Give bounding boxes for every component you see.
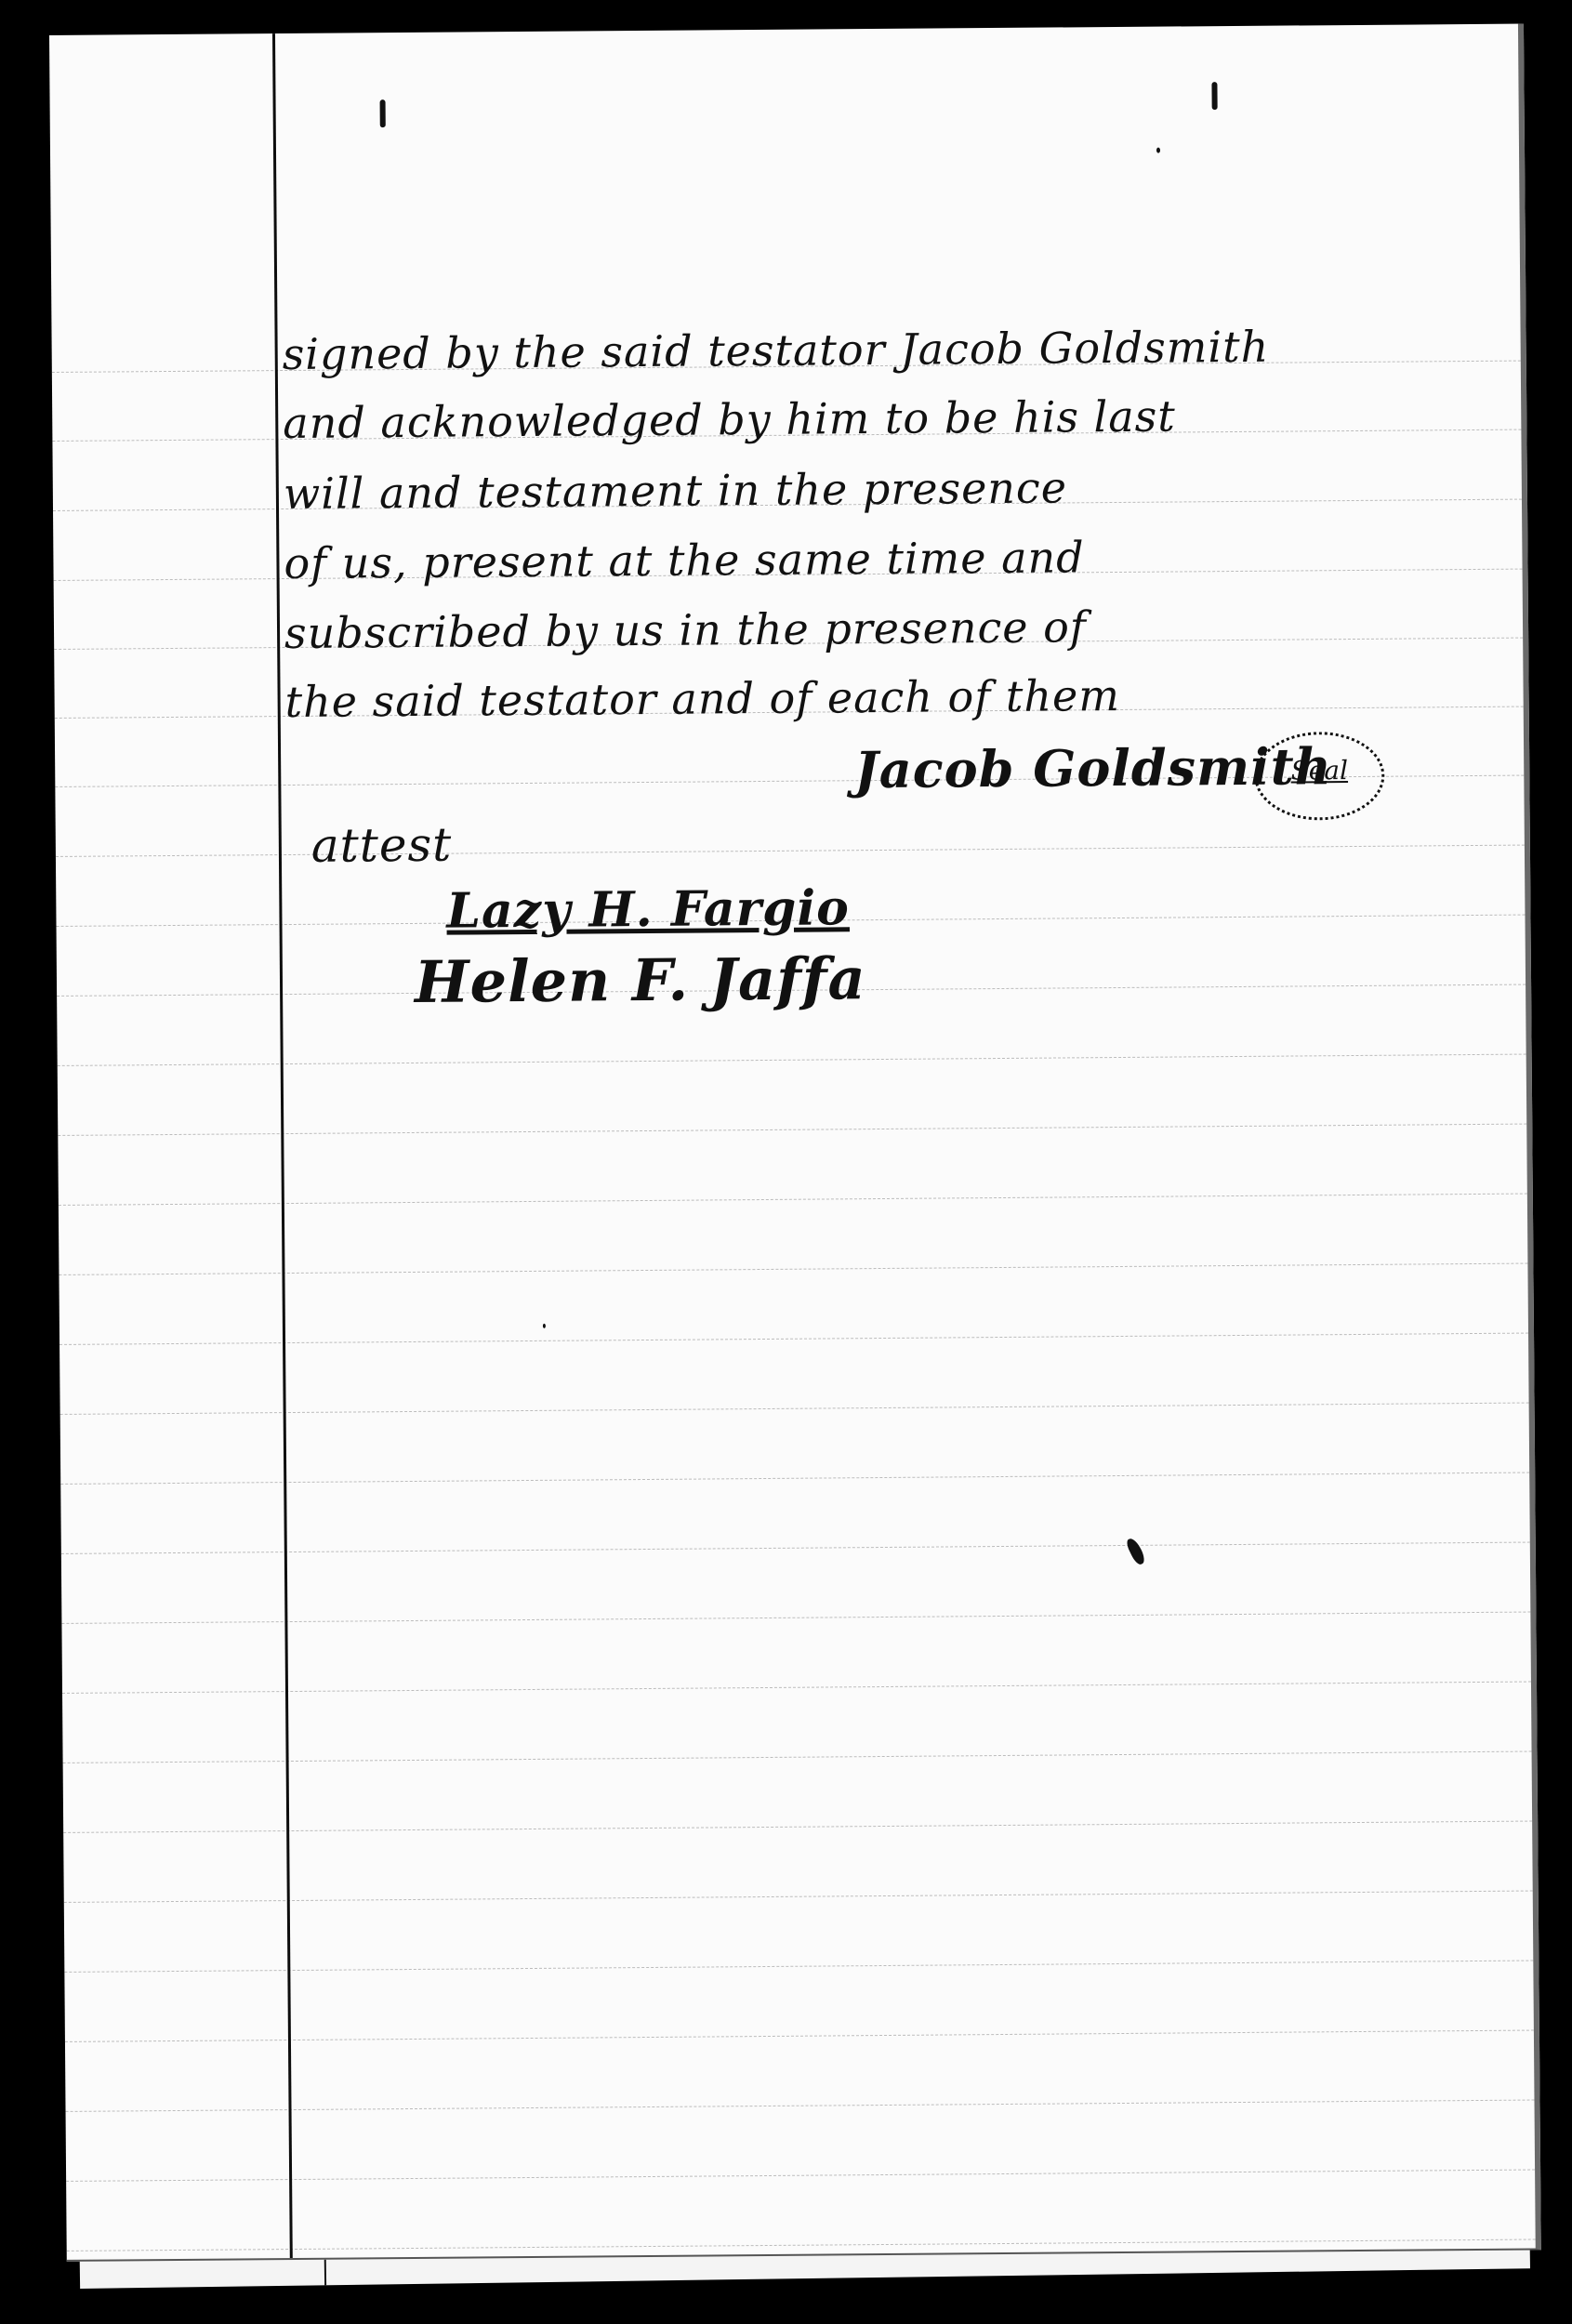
ruled-line xyxy=(59,1263,1527,1276)
ruled-line xyxy=(58,1124,1526,1137)
body-line-2: and acknowledged by him to be his last xyxy=(283,390,1176,448)
ruled-line xyxy=(61,1542,1530,1555)
ruled-line xyxy=(61,1612,1530,1625)
body-line-5: subscribed by us in the presence of xyxy=(284,601,1087,658)
body-line-6: the said testator and of each of them xyxy=(284,670,1120,727)
body-line-3: will and testament in the presence xyxy=(284,462,1067,519)
ruled-line xyxy=(62,1682,1531,1695)
body-line-1: signed by the said testator Jacob Goldsm… xyxy=(282,322,1269,379)
seal-label: Seal xyxy=(1290,755,1348,786)
ruled-line xyxy=(66,2100,1535,2113)
seal-stamp: Seal xyxy=(1254,732,1385,821)
document-page: signed by the said testator Jacob Goldsm… xyxy=(49,24,1541,2262)
ruled-line xyxy=(66,2170,1535,2183)
ruled-line xyxy=(56,845,1525,858)
ruled-line xyxy=(67,2239,1536,2252)
ruled-line xyxy=(64,1891,1533,1904)
body-line-4: of us, present at the same time and xyxy=(284,532,1085,588)
attest-label: attest xyxy=(311,818,453,873)
ink-speck xyxy=(543,1324,546,1328)
ruled-line xyxy=(59,1194,1527,1207)
witness-signature-1: Lazy H. Fargio xyxy=(446,879,850,939)
punch-mark-left xyxy=(380,99,386,127)
ink-speck xyxy=(1156,148,1160,153)
ruled-line xyxy=(60,1403,1529,1416)
punch-mark-right xyxy=(1211,82,1217,110)
ruled-line xyxy=(63,1821,1532,1834)
ruled-line xyxy=(63,1751,1532,1764)
ruled-line xyxy=(60,1472,1529,1486)
ruled-line xyxy=(64,1961,1533,1974)
ruled-line xyxy=(58,1054,1526,1067)
ink-blot xyxy=(1125,1537,1147,1566)
witness-signature-2: Helen F. Jaffa xyxy=(415,944,866,1016)
ruled-line xyxy=(65,2030,1534,2043)
ruled-line xyxy=(59,1333,1528,1346)
